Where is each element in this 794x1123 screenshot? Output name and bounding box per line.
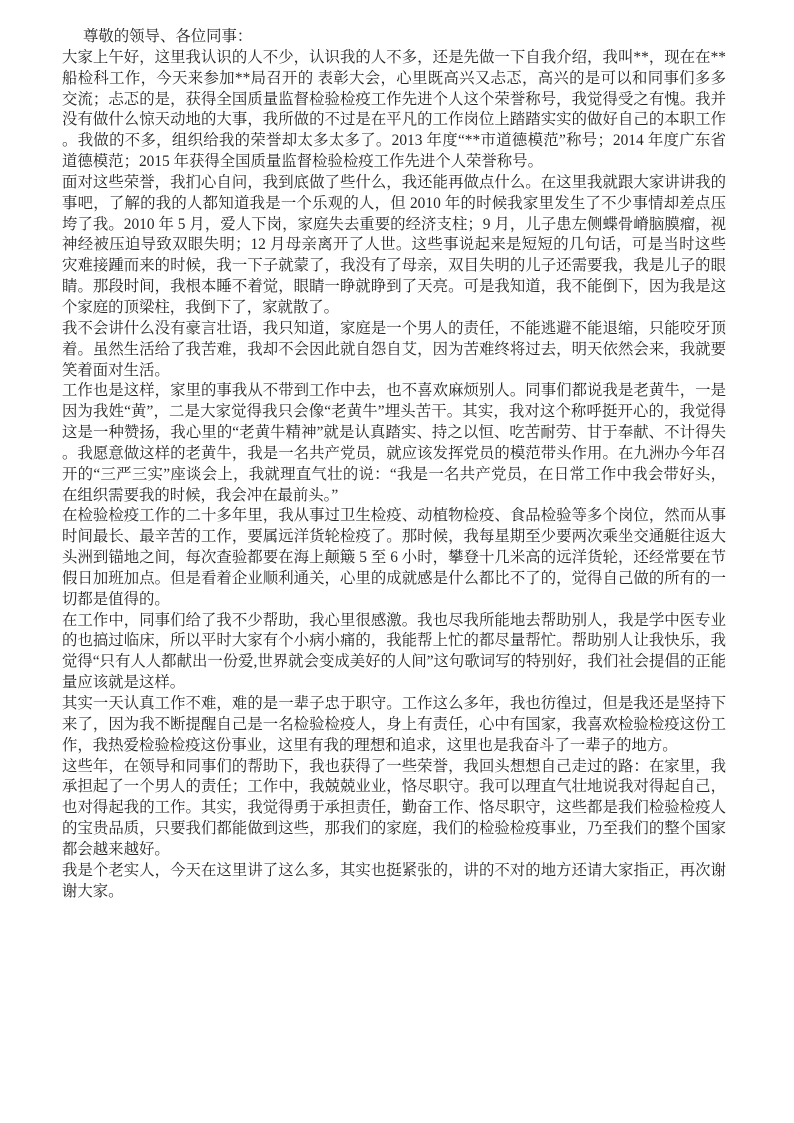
paragraph-5: 在检验检疫工作的二十多年里，我从事过卫生检疫、动植物检疫、食品检验等多个岗位，然… bbox=[62, 506, 726, 610]
paragraph-8: 这些年，在领导和同事们的帮助下，我也获得了一些荣誉，我回头想想自己走过的路：在家… bbox=[62, 757, 726, 861]
paragraph-1: 大家上午好，这里我认识的人不少，认识我的人不多，还是先做一下自我介绍，我叫**，… bbox=[62, 48, 726, 173]
paragraph-2: 面对这些荣誉，我扪心自问，我到底做了些什么，我还能再做点什么。在这里我就跟大家讲… bbox=[62, 173, 726, 319]
document-page: 尊敬的领导、各位同事： 大家上午好，这里我认识的人不少，认识我的人不多，还是先做… bbox=[0, 0, 794, 1123]
paragraph-3: 我不会讲什么没有豪言壮语，我只知道，家庭是一个男人的责任，不能逃避不能退缩，只能… bbox=[62, 319, 726, 382]
paragraph-7: 其实一天认真工作不难，难的是一辈子忠于职守。工作这么多年，我也彷徨过，但是我还是… bbox=[62, 694, 726, 757]
salutation: 尊敬的领导、各位同事： bbox=[62, 27, 726, 48]
document-body: 大家上午好，这里我认识的人不少，认识我的人不多，还是先做一下自我介绍，我叫**，… bbox=[62, 48, 726, 903]
paragraph-9: 我是个老实人，今天在这里讲了这么多，其实也挺紧张的，讲的不对的地方还请大家指正，… bbox=[62, 861, 726, 903]
paragraph-6: 在工作中，同事们给了我不少帮助，我心里很感激。我也尽我所能地去帮助别人，我是学中… bbox=[62, 611, 726, 694]
paragraph-4: 工作也是这样，家里的事我从不带到工作中去，也不喜欢麻烦别人。同事们都说我是老黄牛… bbox=[62, 381, 726, 506]
